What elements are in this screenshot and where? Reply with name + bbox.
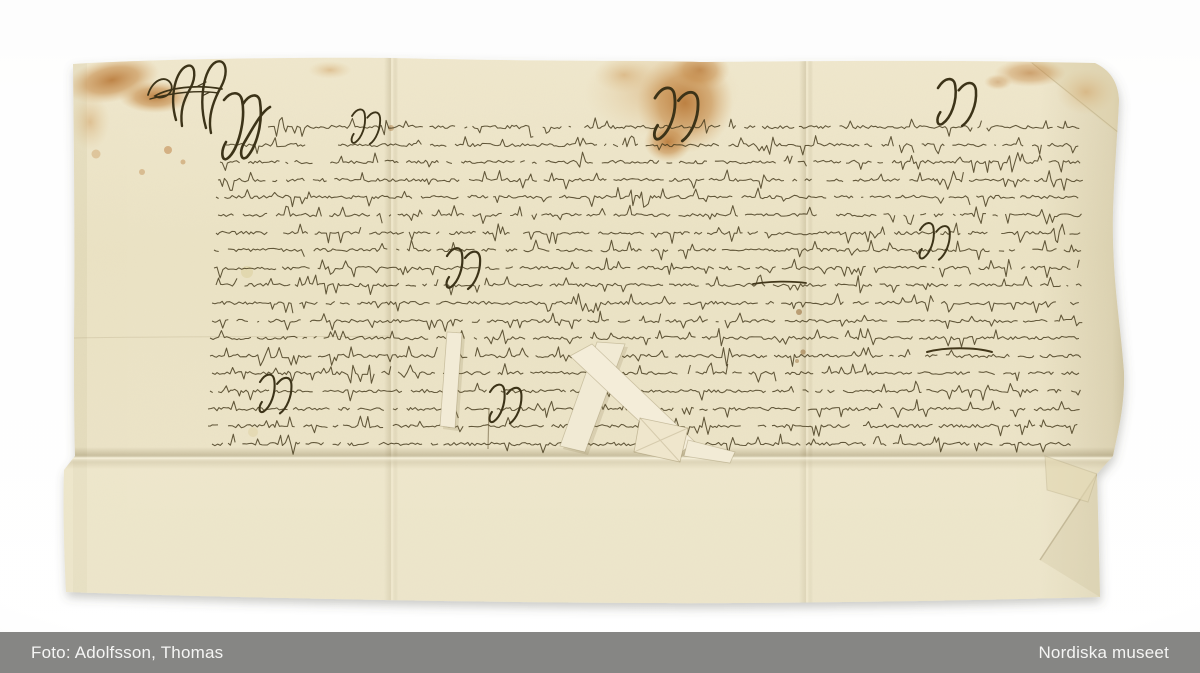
parchment-document bbox=[0, 0, 1200, 632]
museum-label: Nordiska museet bbox=[1038, 643, 1169, 663]
caption-bar: Foto: Adolfsson, Thomas Nordiska museet bbox=[0, 632, 1200, 673]
parchment-sheet bbox=[60, 50, 1140, 610]
photo-viewer: Foto: Adolfsson, Thomas Nordiska museet bbox=[0, 0, 1200, 673]
photo-credit: Foto: Adolfsson, Thomas bbox=[31, 643, 223, 663]
document-photo bbox=[0, 0, 1200, 632]
